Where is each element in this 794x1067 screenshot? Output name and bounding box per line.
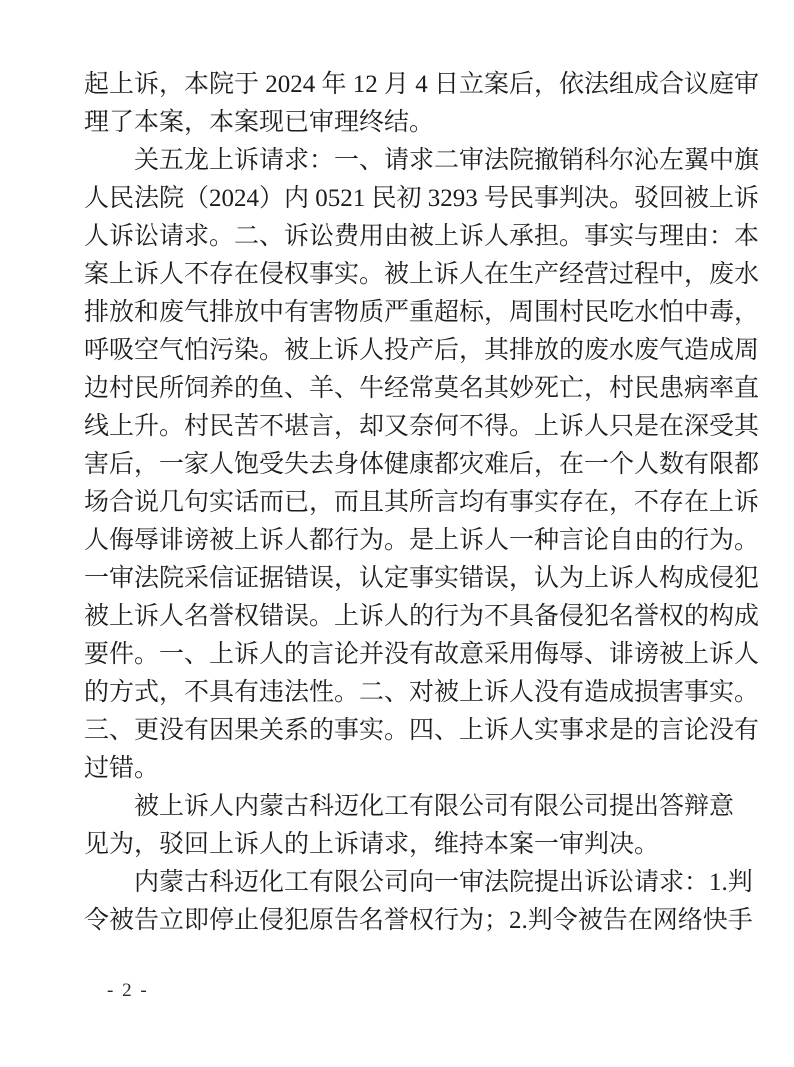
document-line: 被上诉人名誉权错误。上诉人的行为不具备侵犯名誉权的构成: [84, 598, 710, 636]
document-line: 被上诉人内蒙古科迈化工有限公司有限公司提出答辩意: [84, 788, 710, 826]
page-number: - 2 -: [107, 980, 149, 1002]
document-line: 令被告立即停止侵犯原告名誉权行为；2.判令被告在网络快手: [84, 902, 710, 940]
judgment-text-block: 起上诉，本院于 2024 年 12 月 4 日立案后，依法组成合议庭审 理了本案…: [84, 66, 710, 940]
document-line: 过错。: [84, 750, 710, 788]
document-line: 线上升。村民苦不堪言，却又奈何不得。上诉人只是在深受其: [84, 408, 710, 446]
document-line: 案上诉人不存在侵权事实。被上诉人在生产经营过程中，废水: [84, 256, 710, 294]
document-line: 排放和废气排放中有害物质严重超标，周围村民吃水怕中毒，: [84, 294, 710, 332]
document-line: 的方式，不具有违法性。二、对被上诉人没有造成损害事实。: [84, 674, 710, 712]
document-line: 害后，一家人饱受失去身体健康都灾难后，在一个人数有限都: [84, 446, 710, 484]
document-line: 呼吸空气怕污染。被上诉人投产后，其排放的废水废气造成周: [84, 332, 710, 370]
document-line: 一审法院采信证据错误，认定事实错误，认为上诉人构成侵犯: [84, 560, 710, 598]
document-line: 要件。一、上诉人的言论并没有故意采用侮辱、诽谤被上诉人: [84, 636, 710, 674]
court-judgment-page: 起上诉，本院于 2024 年 12 月 4 日立案后，依法组成合议庭审 理了本案…: [0, 0, 794, 1067]
document-line: 理了本案，本案现已审理终结。: [84, 104, 710, 142]
document-line: 关五龙上诉请求：一、请求二审法院撤销科尔沁左翼中旗: [84, 142, 710, 180]
document-line: 场合说几句实话而已，而且其所言均有事实存在，不存在上诉: [84, 484, 710, 522]
document-line: 内蒙古科迈化工有限公司向一审法院提出诉讼请求：1.判: [84, 864, 710, 902]
document-line: 人诉讼请求。二、诉讼费用由被上诉人承担。事实与理由：本: [84, 218, 710, 256]
document-line: 起上诉，本院于 2024 年 12 月 4 日立案后，依法组成合议庭审: [84, 66, 710, 104]
document-line: 人民法院（2024）内 0521 民初 3293 号民事判决。驳回被上诉: [84, 180, 710, 218]
document-line: 边村民所饲养的鱼、羊、牛经常莫名其妙死亡，村民患病率直: [84, 370, 710, 408]
document-line: 人侮辱诽谤被上诉人都行为。是上诉人一种言论自由的行为。: [84, 522, 710, 560]
document-line: 三、更没有因果关系的事实。四、上诉人实事求是的言论没有: [84, 712, 710, 750]
document-line: 见为，驳回上诉人的上诉请求，维持本案一审判决。: [84, 826, 710, 864]
